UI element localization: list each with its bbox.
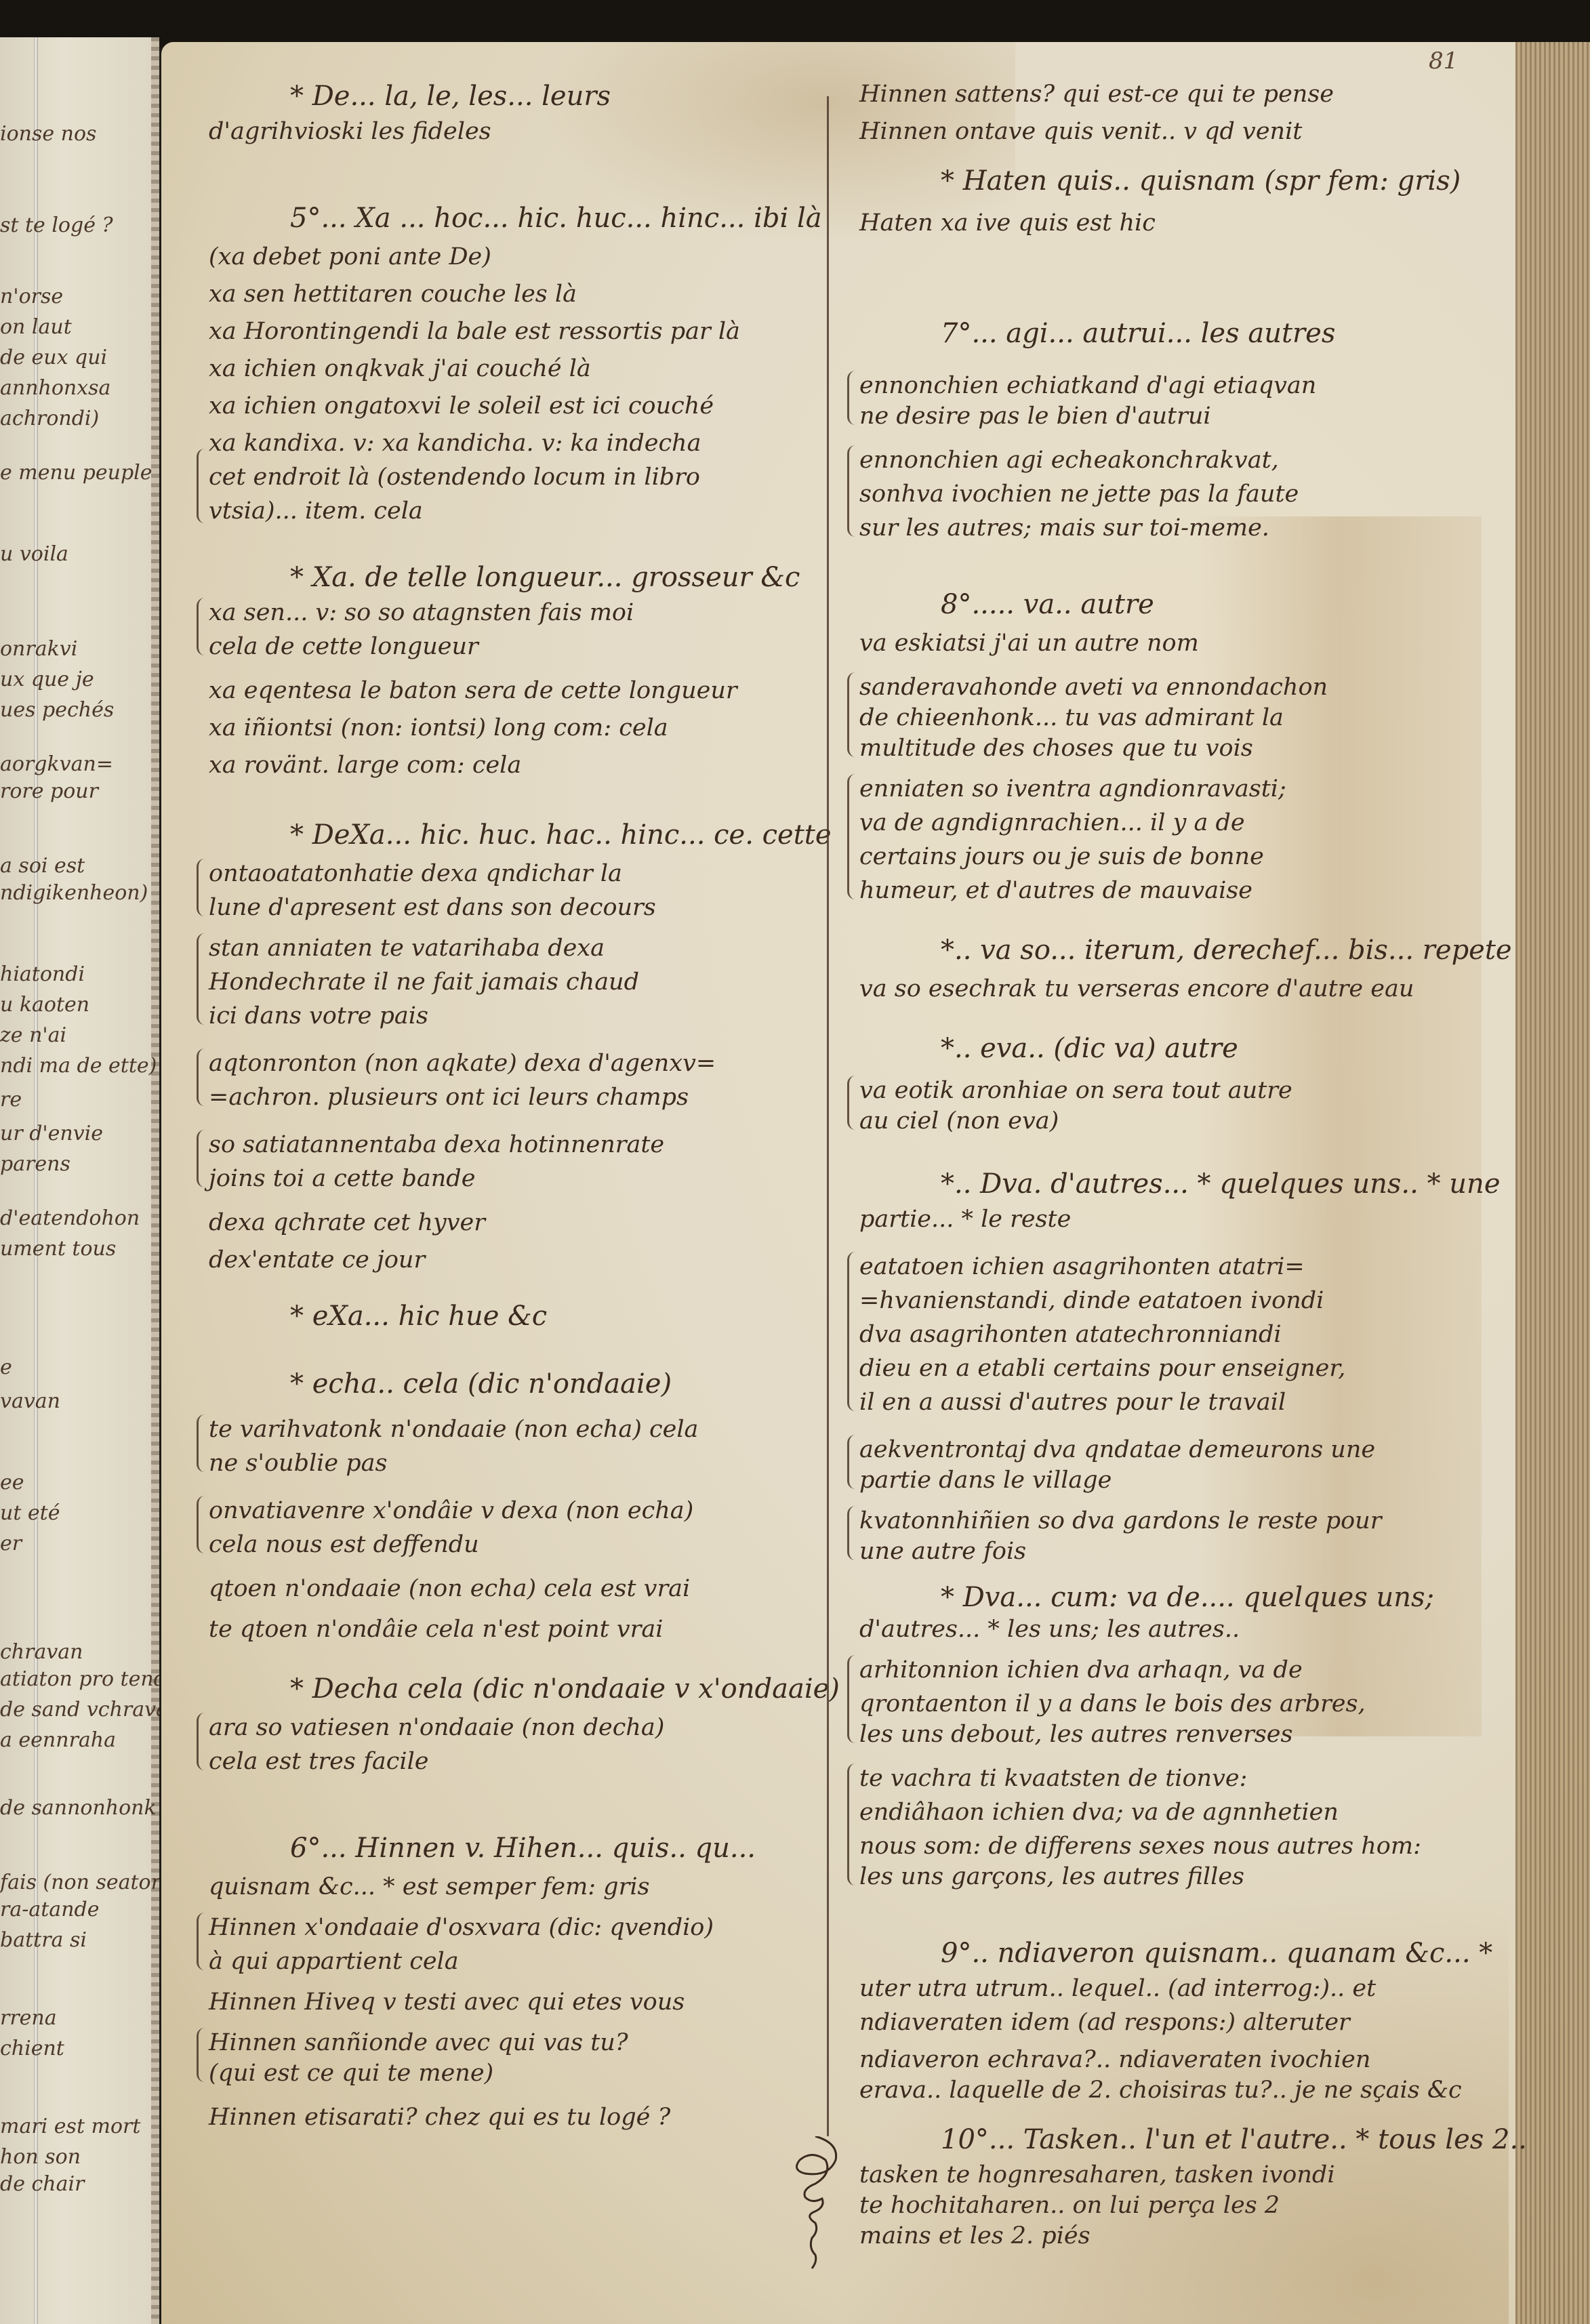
bracket-mark: [847, 445, 859, 537]
previous-page-margin: ionse nosst te logé ?n'orseon lautde eux…: [0, 37, 159, 2324]
entry-line: lune d'apresent est dans son decours: [209, 896, 656, 920]
margin-fragment: on laut: [0, 315, 72, 339]
margin-fragment: u kaoten: [0, 993, 89, 1017]
margin-fragment: atiaton pro tendendi): [0, 1667, 159, 1691]
margin-fragment: achrondi): [0, 407, 99, 430]
entry-line: (qui est ce qui te mene): [209, 2062, 493, 2085]
margin-fragment: ut eté: [0, 1501, 60, 1525]
entry-heading: 8°..... va.. autre: [941, 591, 1154, 618]
entry-line: endiâhaon ichien dva; va de agnnhetien: [859, 1801, 1339, 1824]
margin-fragment: n'orse: [0, 285, 63, 308]
entry-line: xa rovänt. large com: cela: [209, 754, 521, 777]
entry-line: cela est tres facile: [209, 1750, 429, 1774]
entry-heading: 6°... Hinnen v. Hihen... quis.. qu...: [290, 1835, 756, 1862]
entry-line: aqtonronton (non aqkate) dexa d'agenxv=: [209, 1052, 716, 1076]
entry-line: ennonchien echiatkand d'agi etiaqvan: [859, 374, 1316, 398]
entry-line: sanderavahonde aveti va ennondachon: [859, 676, 1328, 699]
entry-line: te qtoen n'ondâie cela n'est point vrai: [209, 1618, 663, 1642]
stitching-edge: [151, 37, 159, 2324]
entry-line: multitude des choses que tu vois: [859, 737, 1253, 760]
entry-line: ne s'oublie pas: [209, 1452, 387, 1475]
entry-line: aekventrontaj dva qndatae demeurons une: [859, 1438, 1375, 1462]
margin-fragment: ra-atande: [0, 1898, 99, 1921]
entry-line: sonhva ivochien ne jette pas la faute: [859, 483, 1299, 506]
entry-line: il en a aussi d'autres pour le travail: [859, 1391, 1286, 1414]
entry-line: va eotik aronhiae on sera tout autre: [859, 1079, 1292, 1103]
entry-line: dexa qchrate cet hyver: [209, 1211, 485, 1235]
entry-heading: * Decha cela (dic n'ondaaie v x'ondaaie): [290, 1675, 840, 1703]
bracket-mark: [197, 1130, 208, 1187]
entry-heading: 7°... agi... autrui... les autres: [941, 320, 1335, 347]
entry-line: les uns garçons, les autres filles: [859, 1865, 1244, 1889]
entry-heading: * eXa... hic hue &c: [290, 1303, 547, 1330]
entry-heading: * DeXa... hic. huc. hac.. hinc... ce. ce…: [290, 821, 832, 849]
margin-fragment: ionse nos: [0, 122, 96, 146]
margin-fragment: ur d'envie: [0, 1122, 103, 1145]
entry-line: nous som: de differens sexes nous autres…: [859, 1835, 1421, 1858]
entry-heading: * Dva... cum: va de.... quelques uns;: [941, 1584, 1434, 1611]
margin-fragment: er: [0, 1532, 22, 1555]
entry-line: so satiatannentaba dexa hotinnenrate: [209, 1133, 664, 1157]
entry-line: ontaoatatonhatie dexa qndichar la: [209, 862, 622, 886]
entry-line: Hinnen etisarati? chez qui es tu logé ?: [209, 2106, 670, 2129]
margin-fragment: st te logé ?: [0, 213, 113, 237]
bracket-mark: [847, 1076, 859, 1130]
bracket-mark: [197, 1713, 208, 1770]
margin-fragment: battra si: [0, 1928, 87, 1952]
entry-line: humeur, et d'autres de mauvaise: [859, 879, 1252, 903]
margin-fragment: d'eatendohon: [0, 1206, 140, 1230]
entry-line: xa eqentesa le baton sera de cette longu…: [209, 679, 737, 703]
bracket-mark: [847, 672, 859, 757]
bracket-mark: [847, 1252, 859, 1411]
margin-fragment: ndi ma de ette): [0, 1054, 157, 1078]
margin-fragment: e: [0, 1355, 12, 1379]
margin-fragment: rrena: [0, 2006, 57, 2030]
entry-line: Hinnen sattens? qui est-ce qui te pense: [859, 83, 1334, 106]
manuscript-page: 81 * De... la, le, les... leursd'agrihvi…: [161, 42, 1590, 2324]
entry-line: cela nous est deffendu: [209, 1533, 479, 1557]
entry-heading: *.. va so... iterum, derechef... bis... …: [941, 937, 1512, 964]
entry-line: tasken te hognresaharen, tasken ivondi: [859, 2163, 1335, 2187]
entry-line: erava.. laquelle de 2. choisiras tu?.. j…: [859, 2079, 1462, 2102]
entry-heading: 10°... Tasken.. l'un et l'autre.. * tous…: [941, 2126, 1527, 2153]
margin-fragment: fais (non seatoreq): [0, 1871, 159, 1894]
entry-line: ndiaveraten idem (ad respons:) alteruter: [859, 2011, 1350, 2035]
margin-fragment: ux que je: [0, 668, 94, 691]
entry-line: qrontaenton il y a dans le bois des arbr…: [859, 1692, 1366, 1716]
entry-line: ici dans votre pais: [209, 1004, 428, 1028]
entry-heading: *.. Dva. d'autres... * quelques uns.. * …: [941, 1170, 1501, 1198]
margin-fragment: de sannonhonk: [0, 1796, 157, 1820]
margin-fragment: a eennraha: [0, 1728, 116, 1752]
page-edges: [1515, 42, 1590, 2324]
margin-fragment: de sand vchravan: [0, 1698, 159, 1721]
bracket-mark: [847, 1435, 859, 1489]
entry-line: certains jours ou je suis de bonne: [859, 845, 1264, 869]
entry-line: enniaten so iventra agndionravasti;: [859, 777, 1286, 801]
entry-line: dva asagrihonten atatechronniandi: [859, 1323, 1282, 1347]
margin-fragment: ee: [0, 1471, 24, 1494]
scan-background: [0, 0, 1590, 47]
entry-line: d'autres... * les uns; les autres..: [859, 1618, 1240, 1642]
entry-line: Hondechrate il ne fait jamais chaud: [209, 971, 639, 994]
margin-fragment: annhonxsa: [0, 376, 110, 400]
entry-line: xa ichien ongatoxvi le soleil est ici co…: [209, 394, 714, 418]
entry-heading: * Haten quis.. quisnam (spr fem: gris): [941, 167, 1461, 195]
margin-fragment: onrakvi: [0, 637, 77, 661]
entry-line: dex'entate ce jour: [209, 1248, 425, 1272]
bracket-mark: [847, 1655, 859, 1743]
entry-line: onvatiavenre x'ondâie v dexa (non echa): [209, 1499, 693, 1523]
entry-line: =achron. plusieurs ont ici leurs champs: [209, 1086, 689, 1109]
entry-line: Hinnen ontave quis venit.. v qd venit: [859, 120, 1302, 144]
entry-line: va eskiatsi j'ai un autre nom: [859, 632, 1199, 655]
entry-heading: 5°... Xa ... hoc... hic. huc... hinc... …: [290, 205, 822, 232]
margin-fragment: hon son: [0, 2145, 81, 2169]
entry-line: stan anniaten te vatarihaba dexa: [209, 937, 605, 960]
margin-fragment: chient: [0, 2037, 64, 2060]
entry-heading: * De... la, le, les... leurs: [290, 83, 611, 110]
entry-line: uter utra utrum.. lequel.. (ad interrog:…: [859, 1977, 1376, 2001]
bracket-mark: [197, 859, 208, 916]
bracket-mark: [197, 1048, 208, 1106]
entry-line: Hinnen Hiveq v testi avec qui etes vous: [209, 1991, 685, 2014]
entry-line: te hochitaharen.. on lui perça les 2: [859, 2194, 1280, 2218]
margin-fragment: de chair: [0, 2172, 84, 2196]
entry-line: =hvanienstandi, dinde eatatoen ivondi: [859, 1289, 1324, 1313]
bracket-mark: [847, 774, 859, 899]
entry-line: xa Horontingendi la bale est ressortis p…: [209, 320, 740, 344]
margin-fragment: de eux qui: [0, 346, 107, 369]
margin-fragment: ze n'ai: [0, 1023, 66, 1047]
margin-fragment: u voila: [0, 542, 68, 566]
entry-line: te varihvatonk n'ondaaie (non echa) cela: [209, 1418, 698, 1442]
entry-line: va so esechrak tu verseras encore d'autr…: [859, 977, 1414, 1001]
entry-line: eatatoen ichien asagrihonten atatri=: [859, 1255, 1305, 1279]
margin-fragment: mari est mort: [0, 2115, 140, 2138]
entry-line: sur les autres; mais sur toi-meme.: [859, 516, 1269, 540]
bracket-mark: [197, 449, 208, 523]
entry-line: xa sen... v: so so atagnsten fais moi: [209, 601, 634, 625]
entry-heading: * Xa. de telle longueur... grosseur &c: [290, 564, 800, 591]
entry-line: mains et les 2. piés: [859, 2224, 1090, 2248]
bracket-mark: [197, 933, 208, 1025]
entry-line: cela de cette longueur: [209, 635, 478, 659]
bracket-mark: [197, 2028, 208, 2082]
entry-line: xa sen hettitaren couche les là: [209, 283, 577, 306]
entry-line: kvatonnhiñien so dva gardons le reste po…: [859, 1509, 1381, 1533]
margin-fragment: parens: [0, 1152, 70, 1176]
margin-fragment: e menu peuple: [0, 461, 152, 485]
page-number: 81: [1429, 47, 1458, 75]
entry-line: ne desire pas le bien d'autrui: [859, 405, 1211, 428]
margin-fragment: vavan: [0, 1389, 60, 1413]
margin-fragment: a soi est: [0, 854, 85, 878]
column-divider: [827, 96, 829, 2136]
margin-fragment: ues pechés: [0, 698, 114, 722]
entry-line: quisnam &c... * est semper fem: gris: [209, 1875, 649, 1899]
margin-fragment: rore pour: [0, 779, 98, 803]
entry-line: une autre fois: [859, 1540, 1026, 1564]
flourish-icon: [785, 2136, 846, 2275]
entry-line: partie... * le reste: [859, 1208, 1071, 1231]
entry-line: ndiaveron echrava?.. ndiaveraten ivochie…: [859, 2048, 1370, 2072]
margin-fragment: aorgkvan=: [0, 752, 113, 776]
entry-line: (xa debet poni ante De): [209, 245, 491, 269]
entry-line: les uns debout, les autres renverses: [859, 1723, 1292, 1747]
entry-line: va de agndignrachien... il y a de: [859, 811, 1245, 835]
entry-line: ara so vatiesen n'ondaaie (non decha): [209, 1716, 664, 1740]
entry-line: dieu en a etabli certains pour enseigner…: [859, 1357, 1345, 1381]
entry-line: partie dans le village: [859, 1469, 1112, 1492]
entry-line: Hinnen x'ondaaie d'osxvara (dic: qvendio…: [209, 1916, 714, 1940]
entry-heading: *.. eva.. (dic va) autre: [941, 1035, 1238, 1062]
bracket-mark: [197, 1913, 208, 1970]
margin-fragment: ndigikenheon): [0, 881, 148, 905]
entry-line: de chieenhonk... tu vas admirant la: [859, 706, 1284, 730]
bracket-mark: [197, 1414, 208, 1472]
entry-line: vtsia)... item. cela: [209, 500, 423, 523]
entry-line: xa iñiontsi (non: iontsi) long com: cela: [209, 716, 668, 740]
entry-line: joins toi a cette bande: [209, 1167, 475, 1191]
entry-line: Haten xa ive quis est hic: [859, 211, 1156, 235]
margin-fragment: ument tous: [0, 1237, 116, 1261]
bracket-mark: [197, 1496, 208, 1553]
bracket-mark: [197, 598, 208, 655]
bracket-mark: [847, 1764, 859, 1885]
entry-line: cet endroit là (ostendendo locum in libr…: [209, 466, 700, 489]
entry-line: à qui appartient cela: [209, 1950, 459, 1974]
entry-line: ennonchien agi echeakonchrakvat,: [859, 449, 1279, 472]
entry-line: d'agrihvioski les fideles: [209, 120, 491, 144]
entry-line: xa kandixa. v: xa kandicha. v: ka indech…: [209, 432, 701, 455]
margin-fragment: re: [0, 1088, 22, 1112]
entry-line: qtoen n'ondaaie (non echa) cela est vrai: [209, 1577, 690, 1601]
entry-line: au ciel (non eva): [859, 1109, 1059, 1133]
entry-line: arhitonnion ichien dva arhaqn, va de: [859, 1658, 1303, 1682]
entry-line: xa ichien onqkvak j'ai couché là: [209, 357, 591, 381]
margin-fragment: hiatondi: [0, 962, 85, 986]
bracket-mark: [847, 1506, 859, 1560]
entry-line: te vachra ti kvaatsten de tionve:: [859, 1767, 1247, 1791]
entry-heading: * echa.. cela (dic n'ondaaie): [290, 1370, 672, 1398]
entry-heading: 9°.. ndiaveron quisnam.. quanam &c... *: [941, 1940, 1492, 1967]
bracket-mark: [847, 371, 859, 425]
margin-fragment: chravan: [0, 1640, 83, 1664]
entry-line: Hinnen sanñionde avec qui vas tu?: [209, 2031, 628, 2055]
